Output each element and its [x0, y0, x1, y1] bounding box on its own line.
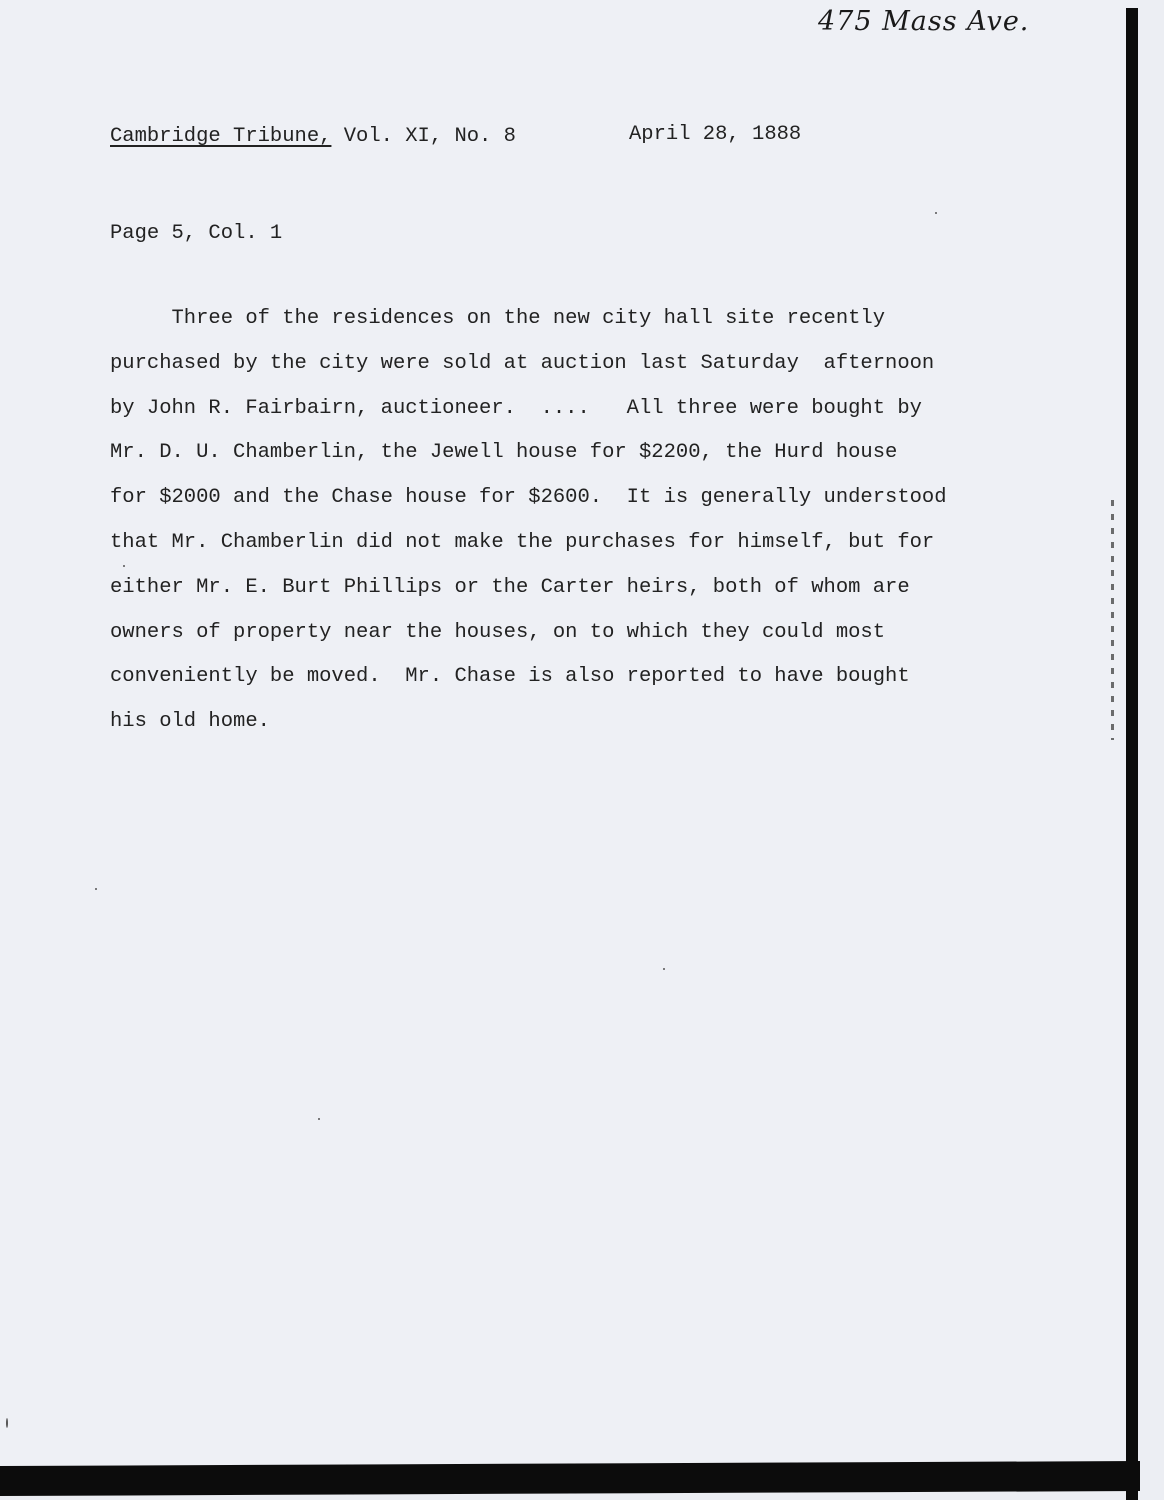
article-line: for $2000 and the Chase house for $2600.…	[110, 486, 947, 509]
article-line: by John R. Fairbairn, auctioneer. .... A…	[110, 397, 922, 420]
article-line: that Mr. Chamberlin did not make the pur…	[110, 531, 934, 554]
volume-issue: Vol. XI, No. 8	[331, 125, 516, 148]
article-line: Mr. D. U. Chamberlin, the Jewell house f…	[110, 441, 897, 464]
article-line: owners of property near the houses, on t…	[110, 621, 885, 644]
citation-date: April 28, 1888	[629, 123, 801, 146]
article-line: purchased by the city were sold at aucti…	[110, 352, 934, 375]
article-line: Three of the residences on the new city …	[110, 307, 885, 330]
scan-edge-right	[1126, 8, 1138, 1500]
publication-title: Cambridge Tribune,	[110, 125, 331, 148]
page-reference: Page 5, Col. 1	[110, 222, 282, 245]
margin-marks	[1111, 500, 1114, 740]
article-line: his old home.	[110, 710, 270, 733]
scan-edge-bottom	[0, 1461, 1140, 1496]
article-line: either Mr. E. Burt Phillips or the Carte…	[110, 576, 910, 599]
article-line: conveniently be moved. Mr. Chase is also…	[110, 665, 910, 688]
handwritten-address-note: 475 Mass Ave.	[818, 6, 1029, 37]
document-page	[0, 0, 1130, 1467]
citation-line: Cambridge Tribune, Vol. XI, No. 8	[110, 125, 516, 148]
